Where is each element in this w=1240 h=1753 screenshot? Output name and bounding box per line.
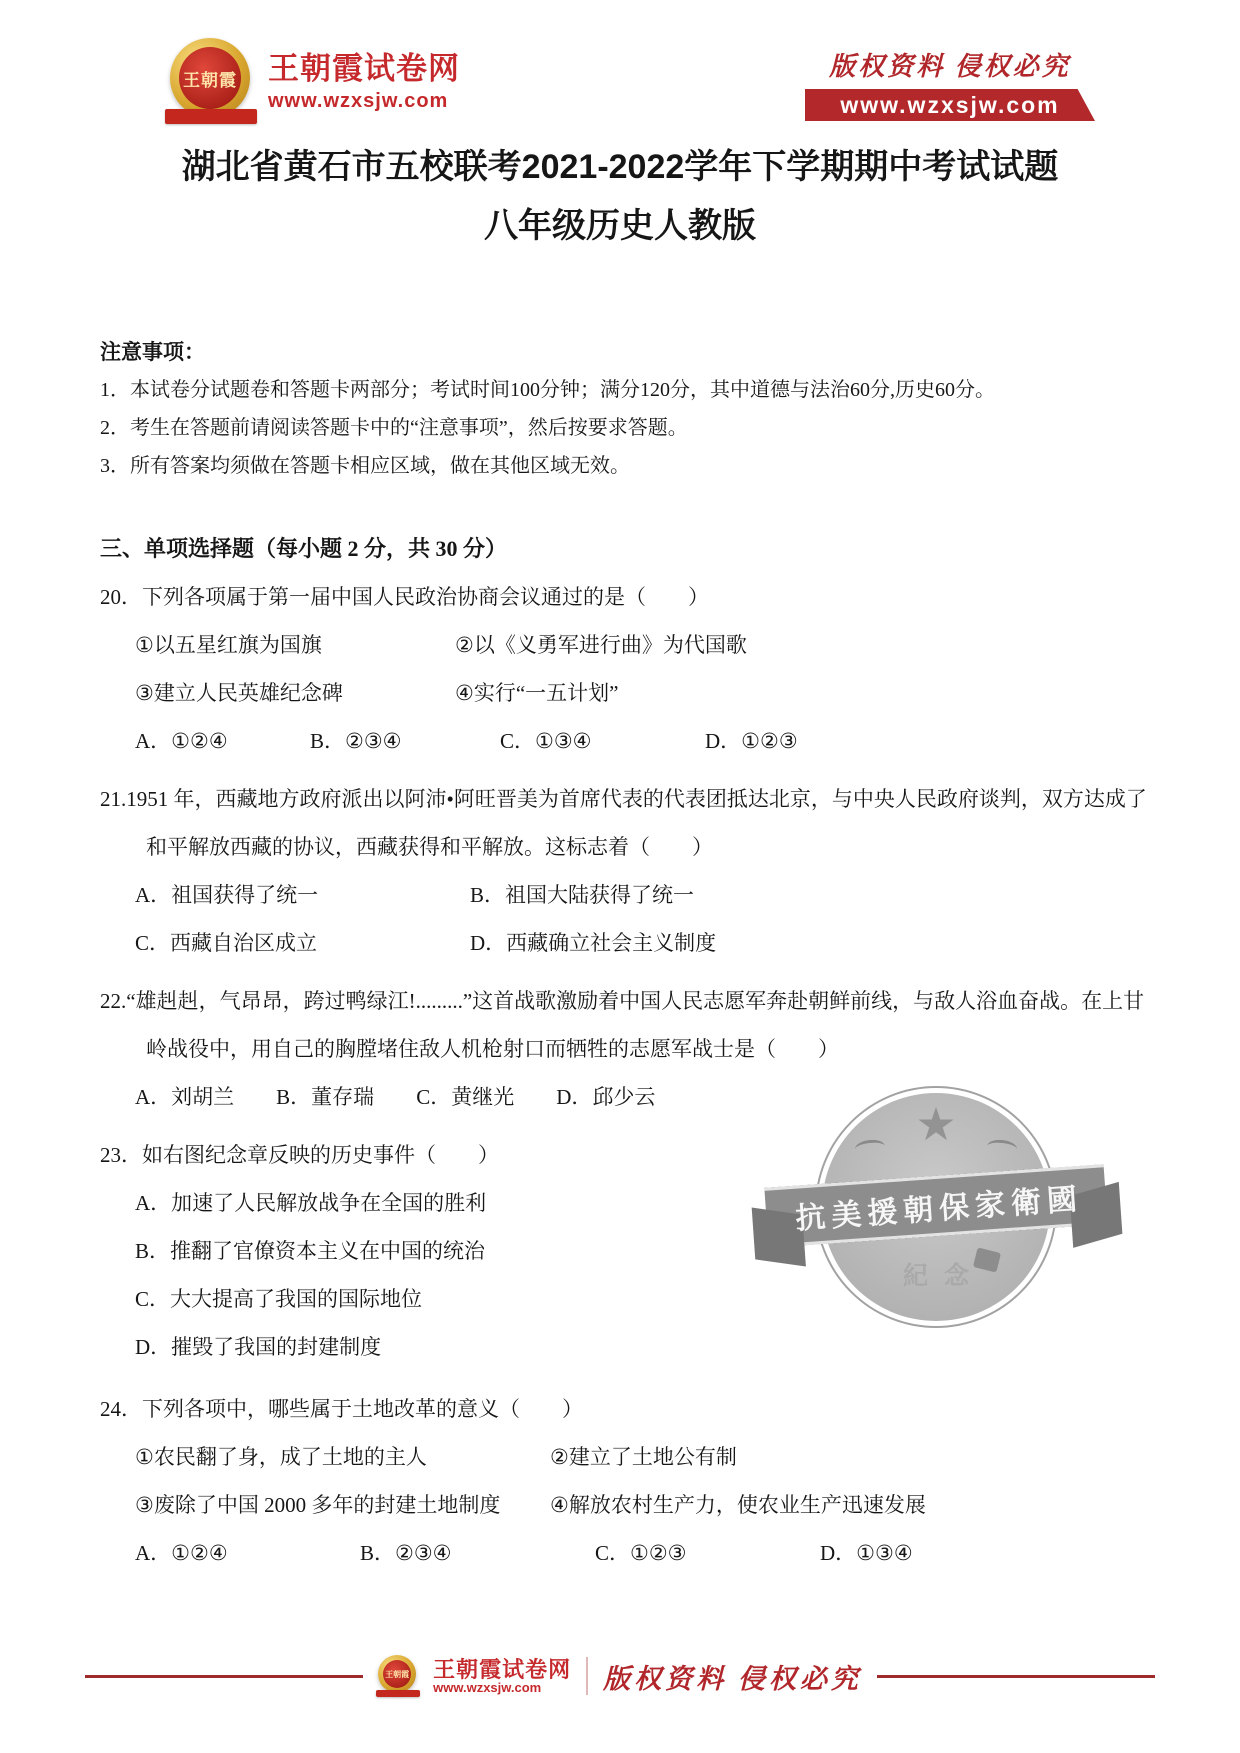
commemorative-medal-image: ★ 紀念 抗美援朝保家衛國 bbox=[768, 1080, 1104, 1338]
copyright-url-banner: www.wzxsjw.com bbox=[805, 89, 1095, 121]
option-c: C．西藏自治区成立 bbox=[135, 919, 470, 967]
question-stem-text: “雄赳赳，气昂昂，跨过鸭绿江!.........”这首战歌激励着中国人民志愿军奔… bbox=[126, 989, 1144, 1061]
option-d: D．西藏确立社会主义制度 bbox=[470, 919, 716, 967]
medal-logo-icon: 王朝霞 bbox=[378, 1655, 418, 1697]
copyright-slogan: 版权资料 侵权必究 bbox=[805, 46, 1095, 83]
paper-title-block: 湖北省黄石市五校联考2021-2022学年下学期期中考试试题 八年级历史人教版 bbox=[0, 146, 1240, 247]
question-stem-text: 如右图纪念章反映的历史事件（ ） bbox=[142, 1143, 499, 1167]
question-stem: 20．下列各项属于第一届中国人民政治协商会议通过的是（ ） bbox=[100, 573, 1158, 621]
medal-ribbon bbox=[165, 109, 257, 124]
statement-row: ③废除了中国 2000 多年的封建土地制度 ④解放农村生产力，使农业生产迅速发展 bbox=[100, 1481, 1158, 1529]
footer-slogan: 版权资料 侵权必究 bbox=[603, 1657, 862, 1696]
question-number: 23． bbox=[100, 1143, 142, 1167]
option-a: A．刘胡兰 bbox=[135, 1073, 234, 1121]
medal-ribbon bbox=[376, 1690, 420, 1697]
footer-rule-right bbox=[877, 1675, 1155, 1678]
medal-caption: 紀念 bbox=[817, 1256, 1055, 1292]
option-a: A．①②④ bbox=[135, 717, 310, 765]
footer-brand-url: www.wzxsjw.com bbox=[433, 1681, 571, 1695]
statement-item: ④解放农村生产力，使农业生产迅速发展 bbox=[550, 1481, 926, 1529]
question-21: 21.1951 年，西藏地方政府派出以阿沛•阿旺晋美为首席代表的代表团抵达北京，… bbox=[100, 775, 1158, 967]
question-stem-text: 下列各项中，哪些属于土地改革的意义（ ） bbox=[142, 1397, 583, 1421]
footer-brand-block: 王朝霞试卷网 www.wzxsjw.com bbox=[433, 1658, 571, 1695]
statement-item: ③废除了中国 2000 多年的封建土地制度 bbox=[135, 1481, 550, 1529]
question-stem: 22.“雄赳赳，气昂昂，跨过鸭绿江!.........”这首战歌激励着中国人民志… bbox=[100, 977, 1158, 1073]
option-d: D．邱少云 bbox=[556, 1073, 655, 1121]
copyright-url: www.wzxsjw.com bbox=[840, 92, 1059, 119]
question-number: 22. bbox=[100, 989, 126, 1013]
question-stem: 21.1951 年，西藏地方政府派出以阿沛•阿旺晋美为首席代表的代表团抵达北京，… bbox=[100, 775, 1158, 871]
footer-brand-name: 王朝霞试卷网 bbox=[433, 1658, 571, 1681]
question-stem-text: 下列各项属于第一届中国人民政治协商会议通过的是（ ） bbox=[142, 585, 709, 609]
medal-core: 王朝霞 bbox=[179, 47, 241, 109]
footer-divider bbox=[586, 1657, 588, 1695]
medal-text: 王朝霞 bbox=[183, 66, 237, 91]
medal-text: 王朝霞 bbox=[385, 1669, 409, 1680]
page-footer: 王朝霞 王朝霞试卷网 www.wzxsjw.com 版权资料 侵权必究 bbox=[85, 1655, 1155, 1697]
note-item: 3．所有答案均须做在答题卡相应区域，做在其他区域无效。 bbox=[100, 454, 1158, 478]
paper-body: 注意事项： 1．本试卷分试题卷和答题卡两部分；考试时间100分钟；满分120分，… bbox=[100, 336, 1158, 1577]
question-number: 20． bbox=[100, 585, 142, 609]
section-heading: 三、单项选择题（每小题 2 分，共 30 分） bbox=[100, 532, 1158, 563]
statement-item: ①农民翻了身，成了土地的主人 bbox=[135, 1433, 550, 1481]
footer-rule-left bbox=[85, 1675, 363, 1678]
option-b: B．②③④ bbox=[360, 1529, 595, 1577]
medal-banner: 抗美援朝保家衛國 bbox=[764, 1164, 1107, 1248]
options-row: C．西藏自治区成立 D．西藏确立社会主义制度 bbox=[100, 919, 1158, 967]
statement-item: ④实行“一五计划” bbox=[455, 669, 618, 717]
statement-item: ③建立人民英雄纪念碑 bbox=[135, 669, 455, 717]
star-icon: ★ bbox=[915, 1102, 956, 1148]
options-row: A．①②④ B．②③④ C．①③④ D．①②③ bbox=[100, 717, 1158, 765]
option-a: A．祖国获得了统一 bbox=[135, 871, 470, 919]
option-b: B．祖国大陆获得了统一 bbox=[470, 871, 694, 919]
note-item: 1．本试卷分试题卷和答题卡两部分；考试时间100分钟；满分120分，其中道德与法… bbox=[100, 378, 1158, 402]
question-24: 24．下列各项中，哪些属于土地改革的意义（ ） ①农民翻了身，成了土地的主人 ②… bbox=[100, 1385, 1158, 1577]
medal-banner-text: 抗美援朝保家衛國 bbox=[788, 1174, 1084, 1238]
brand-text-block: 王朝霞试卷网 www.wzxsjw.com bbox=[268, 52, 460, 111]
question-number: 24． bbox=[100, 1397, 142, 1421]
statement-row: ①农民翻了身，成了土地的主人 ②建立了土地公有制 bbox=[100, 1433, 1158, 1481]
option-d: D．①③④ bbox=[820, 1529, 913, 1577]
question-number: 21. bbox=[100, 787, 126, 811]
options-row: A．祖国获得了统一 B．祖国大陆获得了统一 bbox=[100, 871, 1158, 919]
option-c: C．黄继光 bbox=[416, 1073, 514, 1121]
brand-name: 王朝霞试卷网 bbox=[268, 52, 460, 86]
question-20: 20．下列各项属于第一届中国人民政治协商会议通过的是（ ） ①以五星红旗为国旗 … bbox=[100, 573, 1158, 765]
paper-subtitle: 八年级历史人教版 bbox=[0, 205, 1240, 248]
option-c: C．①②③ bbox=[595, 1529, 820, 1577]
options-row: A．①②④ B．②③④ C．①②③ D．①③④ bbox=[100, 1529, 1158, 1577]
notes-heading: 注意事项： bbox=[100, 336, 1158, 366]
exam-paper-page: 王朝霞 王朝霞试卷网 www.wzxsjw.com 版权资料 侵权必究 www.… bbox=[0, 0, 1240, 1753]
site-logo: 王朝霞 王朝霞试卷网 www.wzxsjw.com bbox=[170, 38, 460, 126]
statement-item: ②建立了土地公有制 bbox=[550, 1433, 737, 1481]
option-b: B．董存瑞 bbox=[276, 1073, 374, 1121]
medal-logo-icon: 王朝霞 bbox=[170, 38, 254, 126]
option-d: D．①②③ bbox=[705, 717, 798, 765]
brand-url: www.wzxsjw.com bbox=[268, 90, 460, 112]
question-stem-text: 1951 年，西藏地方政府派出以阿沛•阿旺晋美为首席代表的代表团抵达北京，与中央… bbox=[126, 787, 1147, 859]
statement-row: ③建立人民英雄纪念碑 ④实行“一五计划” bbox=[100, 669, 1158, 717]
question-stem: 24．下列各项中，哪些属于土地改革的意义（ ） bbox=[100, 1385, 1158, 1433]
statement-item: ②以《义勇军进行曲》为代国歌 bbox=[455, 621, 747, 669]
statement-row: ①以五星红旗为国旗 ②以《义勇军进行曲》为代国歌 bbox=[100, 621, 1158, 669]
paper-title: 湖北省黄石市五校联考2021-2022学年下学期期中考试试题 bbox=[0, 146, 1240, 189]
option-b: B．②③④ bbox=[310, 717, 500, 765]
statement-item: ①以五星红旗为国旗 bbox=[135, 621, 455, 669]
copyright-block: 版权资料 侵权必究 www.wzxsjw.com bbox=[805, 46, 1095, 121]
note-item: 2．考生在答题前请阅读答题卡中的“注意事项”，然后按要求答题。 bbox=[100, 416, 1158, 440]
medal-core: 王朝霞 bbox=[383, 1660, 411, 1688]
option-a: A．①②④ bbox=[135, 1529, 360, 1577]
option-c: C．①③④ bbox=[500, 717, 705, 765]
